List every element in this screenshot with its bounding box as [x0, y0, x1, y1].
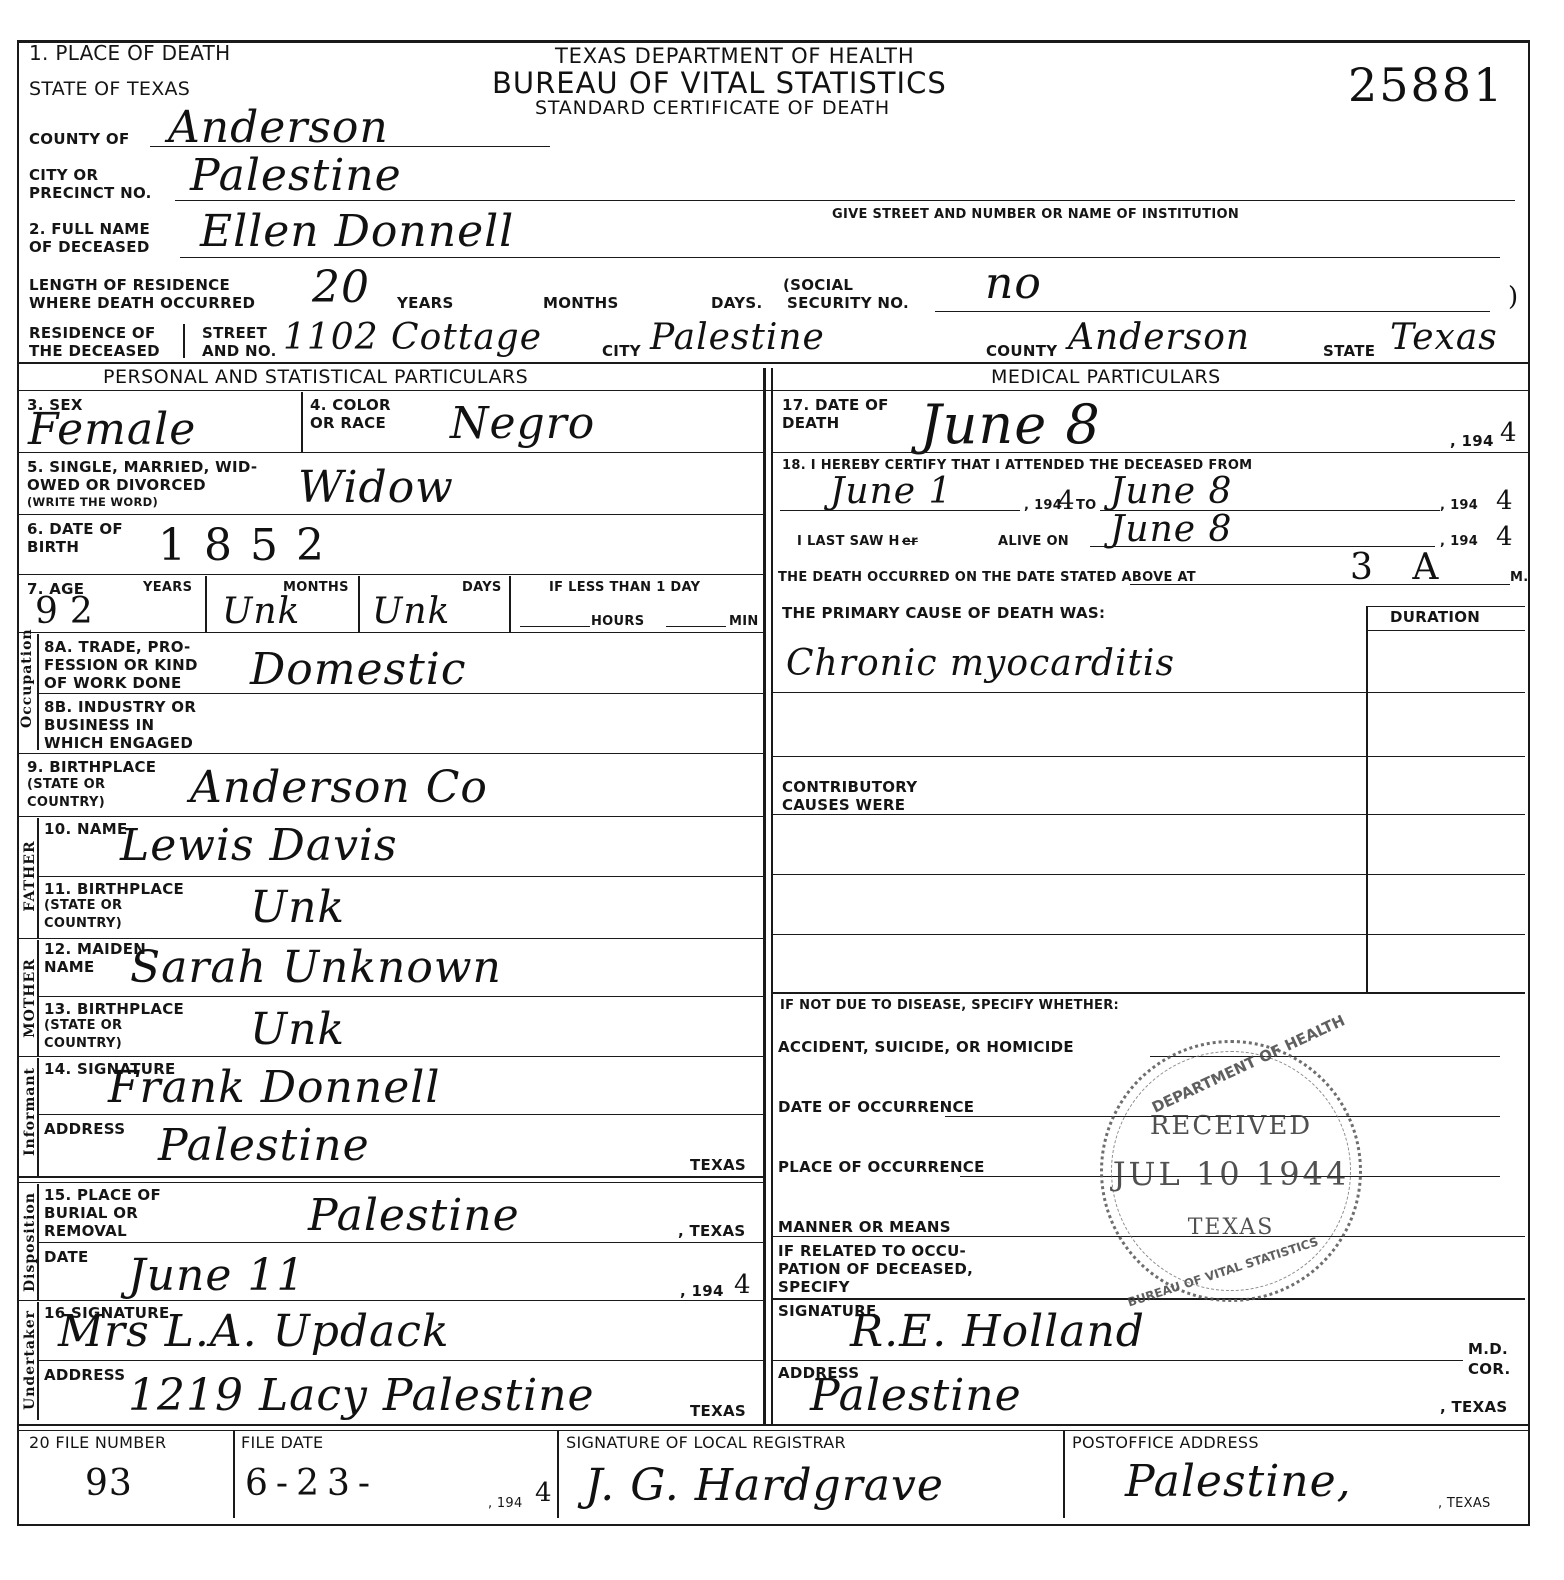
row-divider	[37, 1360, 765, 1361]
primary-cause-value: Chronic myocarditis	[786, 644, 1175, 684]
mother-name-value: Sarah Unknown	[130, 944, 502, 992]
postoffice-value: Palestine,	[1125, 1458, 1352, 1506]
undertaker-signature: Mrs L.A. Updack	[58, 1308, 450, 1356]
attended-from-year: , 194	[1024, 498, 1062, 514]
last-saw-label-1: I LAST SAW H	[797, 534, 900, 550]
city-value: Palestine	[190, 152, 402, 200]
cause-line	[773, 756, 1525, 757]
row-divider	[37, 1114, 765, 1115]
residence-length-label-1: LENGTH OF RESIDENCE	[29, 276, 230, 294]
mother-birthplace-value: Unk	[250, 1006, 345, 1054]
attended-to-year: , 194	[1440, 498, 1478, 514]
race-value: Negro	[450, 400, 595, 448]
county-underline	[150, 146, 550, 147]
header-divider	[17, 362, 1530, 364]
institution-hint: GIVE STREET AND NUMBER OR NAME OF INSTIT…	[832, 207, 1239, 223]
mother-side-label: MOTHER	[22, 958, 38, 1038]
street-value: 1102 Cottage	[283, 318, 542, 358]
res-city-label: CITY	[602, 342, 641, 360]
city-underline	[175, 200, 1515, 201]
row-divider	[17, 574, 765, 575]
contributory-label-1: CONTRIBUTORY	[782, 778, 917, 796]
medical-section-title: MEDICAL PARTICULARS	[991, 366, 1221, 388]
section-title-divider	[17, 390, 1530, 391]
mother-birthplace-label-1: 13. BIRTHPLACE	[44, 1000, 184, 1018]
md-label: M.D.	[1468, 1340, 1508, 1358]
bureau-title: BUREAU OF VITAL STATISTICS	[492, 66, 947, 100]
side-divider	[37, 1302, 39, 1420]
registrar-signature: J. G. Hardgrave	[585, 1462, 944, 1510]
attended-from-digit: 4	[1058, 486, 1076, 516]
row-divider	[37, 996, 765, 997]
father-name-value: Lewis Davis	[120, 822, 398, 870]
duration-header-line	[1367, 630, 1525, 631]
residence-label-1: RESIDENCE OF	[29, 324, 156, 342]
row-divider	[17, 1300, 765, 1301]
date-occurrence-label: DATE OF OCCURRENCE	[778, 1098, 974, 1116]
cor-label: COR.	[1468, 1360, 1511, 1378]
attended-to-digit: 4	[1496, 486, 1514, 516]
duration-label: DURATION	[1390, 608, 1480, 626]
father-side-label: FATHER	[22, 836, 38, 916]
age-min-label: MIN	[729, 614, 759, 630]
attended-to-value: June 8	[1110, 472, 1232, 512]
row-divider	[17, 816, 765, 817]
side-divider	[37, 940, 39, 1056]
form-title: STANDARD CERTIFICATE OF DEATH	[535, 97, 890, 119]
state-label: STATE OF TEXAS	[29, 80, 190, 98]
row-divider	[773, 452, 1530, 453]
personal-section-title: PERSONAL AND STATISTICAL PARTICULARS	[103, 366, 528, 388]
occupation-related-label-1: IF RELATED TO OCCU-	[778, 1242, 966, 1260]
marital-label-3: (WRITE THE WORD)	[27, 495, 158, 509]
burial-label-2: BURIAL OR	[44, 1204, 138, 1222]
age-hours-label: HOURS	[591, 614, 644, 630]
stamp-state: TEXAS	[1103, 1215, 1359, 1240]
registrar-col-divider	[233, 1430, 235, 1518]
dob-label-1: 6. DATE OF	[27, 520, 123, 538]
father-birthplace-value: Unk	[250, 884, 345, 932]
age-days-value: Unk	[372, 592, 450, 632]
residence-divider	[183, 324, 185, 358]
marital-value: Widow	[298, 464, 454, 512]
age-months-value: Unk	[222, 592, 300, 632]
father-name-label: 10. NAME	[44, 820, 128, 838]
file-date-label: FILE DATE	[241, 1434, 323, 1452]
deceased-name-value: Ellen Donnell	[200, 208, 514, 256]
side-divider	[37, 818, 39, 938]
physician-signature: R.E. Holland	[850, 1308, 1145, 1356]
last-saw-struck: er	[902, 534, 918, 550]
industry-label-3: WHICH ENGAGED	[44, 734, 193, 752]
file-date-year: , 194	[488, 1496, 523, 1512]
undertaker-addr-value: 1219 Lacy Palestine	[128, 1372, 595, 1420]
age-years-value: 92	[35, 592, 105, 632]
residence-years-value: 20	[312, 264, 370, 312]
county-label: COUNTY OF	[29, 130, 130, 148]
primary-cause-label: THE PRIMARY CAUSE OF DEATH WAS:	[782, 604, 1105, 622]
physician-addr-value: Palestine	[810, 1372, 1022, 1420]
physician-addr-suffix: , TEXAS	[1440, 1398, 1507, 1416]
years-label: YEARS	[397, 294, 454, 312]
occurred-value: 3 A	[1350, 548, 1452, 588]
dob-value: 1852	[158, 522, 342, 570]
row-divider	[37, 876, 765, 877]
sex-value: Female	[28, 406, 196, 454]
ssn-close: )	[1508, 282, 1519, 312]
res-county-label: COUNTY	[986, 342, 1057, 360]
cause-line	[773, 874, 1525, 875]
county-value: Anderson	[168, 104, 389, 152]
ssn-value: no	[985, 260, 1042, 308]
row-divider	[17, 938, 765, 939]
row-divider	[17, 753, 765, 754]
occurred-suffix: M.	[1510, 570, 1528, 586]
residence-label-2: THE DECEASED	[29, 342, 160, 360]
row-divider	[17, 1176, 765, 1178]
birthplace-value: Anderson Co	[190, 764, 488, 812]
name-label-2: OF DECEASED	[29, 238, 150, 256]
street-label-2: AND NO.	[202, 342, 277, 360]
row-divider	[17, 1056, 765, 1057]
column-divider	[763, 368, 766, 1426]
file-date-value: 6-23-	[245, 1464, 378, 1504]
sex-race-divider	[301, 392, 303, 452]
certificate-number: 25881	[1348, 58, 1504, 112]
row-divider	[37, 1242, 765, 1243]
manner-label: MANNER OR MEANS	[778, 1218, 951, 1236]
res-state-label: STATE	[1323, 342, 1375, 360]
dob-label-2: BIRTH	[27, 538, 79, 556]
dod-label-2: DEATH	[782, 414, 839, 432]
trade-label-1: 8A. TRADE, PRO-	[44, 638, 191, 656]
burial-year-digit: 4	[734, 1270, 752, 1300]
registrar-divider	[17, 1424, 1530, 1426]
age-divider	[509, 576, 511, 632]
trade-label-2: FESSION OR KIND	[44, 656, 198, 674]
informant-addr-suffix: TEXAS	[690, 1156, 746, 1174]
cause-line	[773, 692, 1525, 693]
ssn-underline	[935, 311, 1490, 312]
race-label-1: 4. COLOR	[310, 396, 391, 414]
column-divider-2	[771, 368, 773, 1426]
file-number-value: 93	[85, 1464, 133, 1504]
undertaker-addr-suffix: TEXAS	[690, 1402, 746, 1420]
burial-value: Palestine	[308, 1192, 520, 1240]
place-occurrence-label: PLACE OF OCCURRENCE	[778, 1158, 985, 1176]
occupation-side-label: Occupation	[19, 648, 35, 728]
burial-date-label: DATE	[44, 1248, 89, 1266]
days-label: DAYS.	[711, 294, 763, 312]
undertaker-side-label: Undertaker	[22, 1310, 38, 1410]
res-city-value: Palestine	[650, 318, 825, 358]
father-birthplace-label-1: 11. BIRTHPLACE	[44, 880, 184, 898]
registrar-divider	[17, 1430, 1530, 1431]
name-underline	[180, 257, 1500, 258]
marital-label-1: 5. SINGLE, MARRIED, WID-	[27, 458, 257, 476]
months-label: MONTHS	[543, 294, 619, 312]
row-divider	[17, 452, 765, 453]
place-of-death-label: 1. PLACE OF DEATH	[29, 44, 231, 62]
burial-label-3: REMOVAL	[44, 1222, 127, 1240]
informant-addr-value: Palestine	[158, 1122, 370, 1170]
trade-label-3: OF WORK DONE	[44, 674, 182, 692]
side-divider	[37, 1058, 39, 1176]
received-stamp: DEPARTMENT OF HEALTH RECEIVED JUL 10 194…	[1100, 1040, 1362, 1302]
last-saw-digit: 4	[1496, 522, 1514, 552]
informant-signature: Frank Donnell	[108, 1064, 440, 1112]
undertaker-addr-label: ADDRESS	[44, 1366, 125, 1384]
age-lt-day-label: IF LESS THAN 1 DAY	[549, 580, 700, 596]
age-divider	[205, 576, 207, 632]
stamp-received: RECEIVED	[1103, 1111, 1359, 1141]
mother-birthplace-label-3: COUNTRY)	[44, 1036, 122, 1052]
last-saw-label-2: ALIVE ON	[998, 534, 1069, 550]
res-county-value: Anderson	[1068, 318, 1250, 358]
occupation-related-label-3: SPECIFY	[778, 1278, 850, 1296]
registrar-col-divider	[1063, 1430, 1065, 1518]
cause-line	[773, 934, 1525, 935]
to-label: TO	[1076, 498, 1097, 514]
marital-label-2: OWED OR DIVORCED	[27, 476, 206, 494]
age-days-label: DAYS	[462, 580, 502, 596]
side-divider	[37, 634, 39, 750]
father-birthplace-label-3: COUNTRY)	[44, 916, 122, 932]
row-divider	[17, 632, 765, 633]
burial-date-value: June 11	[128, 1252, 305, 1300]
father-birthplace-label-2: (STATE OR	[44, 898, 122, 914]
dod-label-1: 17. DATE OF	[782, 396, 889, 414]
birthplace-label-2: (STATE OR	[27, 777, 105, 793]
mother-name-label-2: NAME	[44, 958, 95, 976]
birthplace-label-3: COUNTRY)	[27, 795, 105, 811]
postoffice-suffix: , TEXAS	[1438, 1496, 1491, 1512]
residence-length-label-2: WHERE DEATH OCCURRED	[29, 294, 255, 312]
dod-value: June 8	[920, 396, 1101, 454]
ssn-label-2: SECURITY NO.	[787, 294, 909, 312]
registrar-col-divider	[557, 1430, 559, 1518]
attended-from-value: June 1	[830, 472, 952, 512]
ssn-label-1: (SOCIAL	[783, 276, 853, 294]
min-blank	[666, 626, 726, 627]
row-divider	[17, 1182, 765, 1183]
street-label-1: STREET	[202, 324, 267, 342]
cause-line	[773, 814, 1525, 815]
agency-title: TEXAS DEPARTMENT OF HEALTH	[555, 44, 914, 68]
cause-line	[773, 992, 1525, 994]
mother-birthplace-label-2: (STATE OR	[44, 1018, 122, 1034]
age-divider	[358, 576, 360, 632]
trade-value: Domestic	[250, 646, 467, 694]
occupation-related-label-2: PATION OF DECEASED,	[778, 1260, 973, 1278]
contributory-label-2: CAUSES WERE	[782, 796, 905, 814]
row-divider	[37, 693, 765, 694]
city-label-2: PRECINCT NO.	[29, 184, 152, 202]
informant-addr-label: ADDRESS	[44, 1120, 125, 1138]
dod-year-prefix: , 194	[1450, 432, 1494, 450]
not-disease-label: IF NOT DUE TO DISEASE, SPECIFY WHETHER:	[780, 998, 1119, 1014]
city-label-1: CITY OR	[29, 166, 98, 184]
attended-from-blank	[780, 510, 1020, 511]
physician-sig-line	[773, 1360, 1463, 1361]
name-label-1: 2. FULL NAME	[29, 220, 150, 238]
occurred-blank	[1130, 584, 1510, 585]
registrar-signature-label: SIGNATURE OF LOCAL REGISTRAR	[566, 1434, 846, 1452]
file-number-label: 20 FILE NUMBER	[29, 1434, 166, 1452]
burial-year-prefix: , 194	[680, 1282, 724, 1300]
disposition-side-label: Disposition	[22, 1192, 38, 1292]
burial-label-1: 15. PLACE OF	[44, 1186, 161, 1204]
age-years-label: YEARS	[143, 580, 192, 596]
file-date-digit: 4	[535, 1478, 553, 1508]
industry-label-2: BUSINESS IN	[44, 716, 154, 734]
dod-year-digit: 4	[1500, 418, 1518, 448]
hours-blank	[520, 626, 590, 627]
industry-label-1: 8B. INDUSTRY OR	[44, 698, 196, 716]
last-saw-value: June 8	[1110, 510, 1232, 550]
birthplace-label-1: 9. BIRTHPLACE	[27, 758, 156, 776]
informant-side-label: Informant	[22, 1076, 38, 1156]
row-divider	[17, 514, 765, 515]
postoffice-label: POSTOFFICE ADDRESS	[1072, 1434, 1259, 1452]
res-state-value: Texas	[1390, 318, 1498, 358]
duration-top	[1367, 606, 1525, 607]
race-label-2: OR RACE	[310, 414, 386, 432]
accident-label: ACCIDENT, SUICIDE, OR HOMICIDE	[778, 1038, 1074, 1056]
burial-suffix: , TEXAS	[678, 1222, 745, 1240]
stamp-date: JUL 10 1944	[1103, 1155, 1359, 1193]
